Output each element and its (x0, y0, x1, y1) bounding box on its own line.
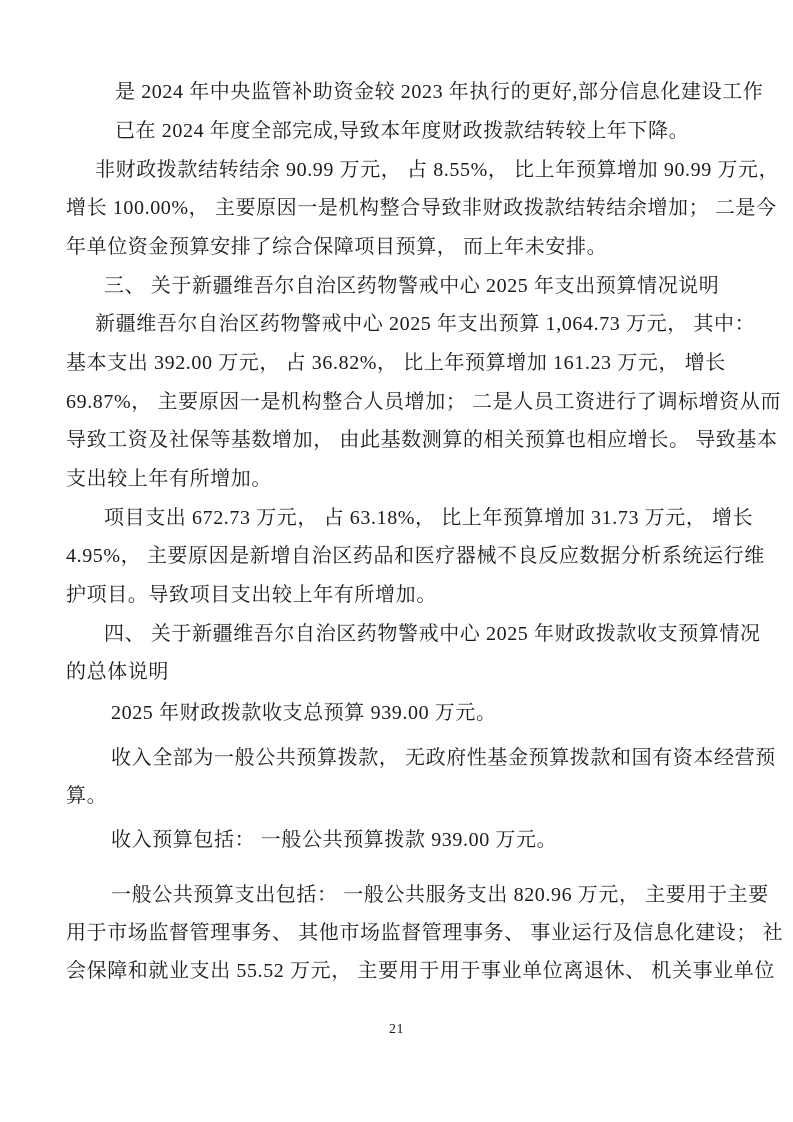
body-line: 69.87%， 主要原因一是机构整合人员增加； 二是人员工资进行了调标增资从而 (66, 387, 736, 417)
body-line: 已在 2024 年度全部完成,导致本年度财政拨款结转较上年下降。 (66, 116, 785, 146)
body-line: 算。 (66, 781, 736, 811)
body-line: 2025 年财政拨款收支总预算 939.00 万元。 (66, 698, 781, 728)
body-line: 新疆维吾尔自治区药物警戒中心 2025 年支出预算 1,064.73 万元， 其… (66, 309, 765, 339)
section-heading-line: 四、 关于新疆维吾尔自治区药物警戒中心 2025 年财政拨款收支预算情况 (66, 619, 774, 649)
body-line: 支出较上年有所增加。 (66, 464, 736, 494)
body-line: 增长 100.00%， 主要原因一是机构整合导致非财政拨款结转结余增加； 二是今 (66, 193, 736, 223)
body-line: 是 2024 年中央监管补助资金较 2023 年执行的更好,部分信息化建设工作 (66, 77, 785, 107)
body-line: 基本支出 392.00 万元， 占 36.82%， 比上年预算增加 161.23… (66, 348, 736, 378)
body-line: 项目支出 672.73 万元， 占 63.18%， 比上年预算增加 31.73 … (66, 503, 774, 533)
document-page: 是 2024 年中央监管补助资金较 2023 年执行的更好,部分信息化建设工作 … (0, 0, 793, 1122)
body-line: 一般公共预算支出包括： 一般公共服务支出 820.96 万元， 主要用于主要 (66, 880, 781, 910)
page-number: 21 (0, 1022, 793, 1038)
body-line: 收入全部为一般公共预算拨款， 无政府性基金预算拨款和国有资本经营预 (66, 743, 781, 773)
section-heading-line: 三、 关于新疆维吾尔自治区药物警戒中心 2025 年支出预算情况说明 (66, 271, 774, 301)
section-heading-line: 的总体说明 (66, 657, 736, 687)
body-line: 年单位资金预算安排了综合保障项目预算， 而上年未安排。 (66, 232, 736, 262)
body-line: 收入预算包括： 一般公共预算拨款 939.00 万元。 (66, 825, 781, 855)
body-line: 护项目。导致项目支出较上年有所增加。 (66, 580, 736, 610)
document-text: 是 2024 年中央监管补助资金较 2023 年执行的更好,部分信息化建设工作 … (0, 0, 793, 1122)
body-line: 4.95%， 主要原因是新增自治区药品和医疗器械不良反应数据分析系统运行维 (66, 541, 736, 571)
body-line: 导致工资及社保等基数增加， 由此基数测算的相关预算也相应增长。 导致基本 (66, 425, 736, 455)
body-line: 非财政拨款结转结余 90.99 万元， 占 8.55%， 比上年预算增加 90.… (66, 155, 765, 185)
body-line: 用于市场监督管理事务、 其他市场监督管理事务、 事业运行及信息化建设； 社 (66, 918, 736, 948)
body-line: 会保障和就业支出 55.52 万元， 主要用于用于事业单位离退休、 机关事业单位 (66, 956, 736, 986)
